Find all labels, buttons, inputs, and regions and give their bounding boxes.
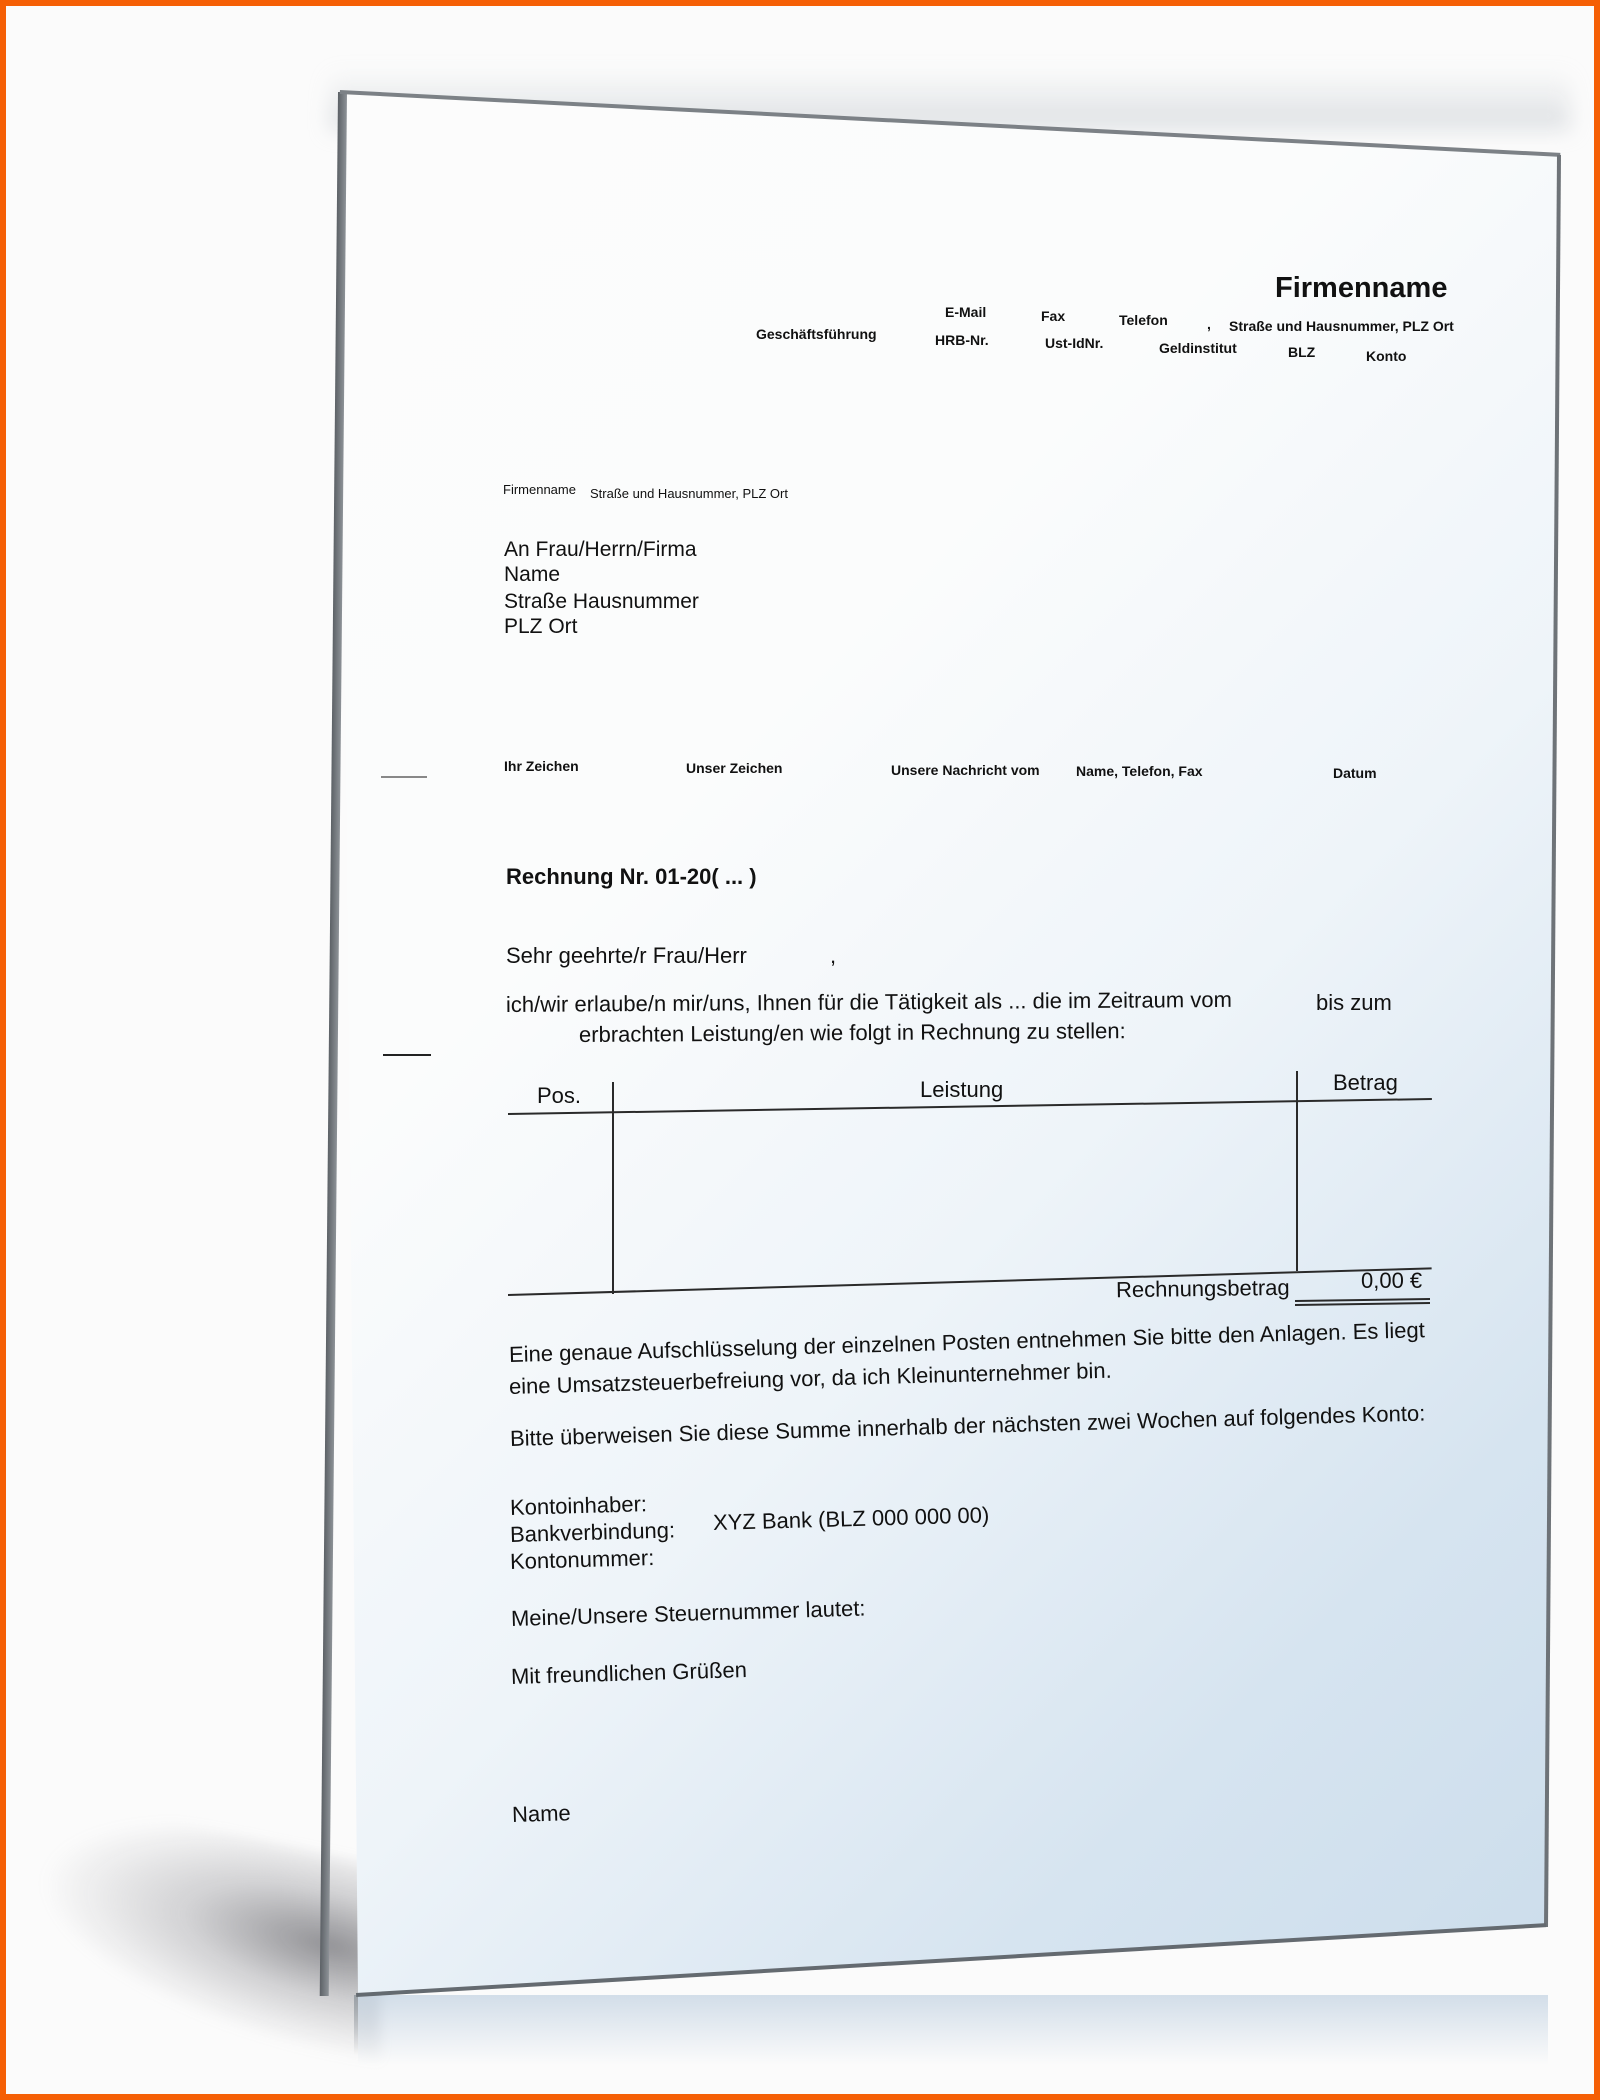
- fold-mark-top: [381, 776, 427, 778]
- account-holder-label: Kontoinhaber:: [510, 1491, 648, 1521]
- header-company-name: Firmenname: [1275, 272, 1447, 305]
- tax-number-line: Meine/Unsere Steuernummer lautet:: [511, 1595, 866, 1632]
- header-bank-institute: Geldinstitut: [1159, 340, 1237, 356]
- intro-line-1: ich/wir erlaube/n mir/uns, Ihnen für die…: [506, 987, 1232, 1018]
- header-fax: Fax: [1041, 308, 1065, 324]
- invoice-title: Rechnung Nr. 01-20( ... ): [506, 864, 757, 890]
- intro-line-2: erbrachten Leistung/en wie folgt in Rech…: [579, 1018, 1126, 1048]
- col-header-leistung: Leistung: [920, 1077, 1003, 1103]
- invoice-document-page: Firmenname E-Mail Fax Telefon , Straße u…: [0, 0, 1600, 2100]
- ref-unsere-nachricht: Unsere Nachricht vom: [891, 762, 1040, 778]
- greeting: Mit freundlichen Grüßen: [511, 1657, 748, 1690]
- signature-name: Name: [512, 1800, 571, 1828]
- ref-name-telefon-fax: Name, Telefon, Fax: [1076, 763, 1203, 779]
- page-reflection-edge: [354, 1995, 358, 2055]
- salutation: Sehr geehrte/r Frau/Herr: [506, 943, 747, 969]
- sender-address: Straße und Hausnummer, PLZ Ort: [590, 486, 788, 501]
- table-bottom-rule: [508, 1267, 1432, 1296]
- ref-ihr-zeichen: Ihr Zeichen: [504, 758, 579, 774]
- bank-label: Bankverbindung:: [510, 1517, 676, 1548]
- header-konto: Konto: [1366, 348, 1406, 364]
- header-comma: ,: [1207, 316, 1211, 332]
- payment-request: Bitte überweisen Sie diese Summe innerha…: [510, 1400, 1426, 1452]
- ref-datum: Datum: [1333, 765, 1377, 781]
- header-blz: BLZ: [1288, 344, 1315, 360]
- salutation-comma: ,: [830, 943, 836, 969]
- total-double-underline-2: [1295, 1302, 1430, 1306]
- intro-until: bis zum: [1316, 990, 1392, 1016]
- sender-company: Firmenname: [503, 482, 576, 497]
- fold-mark-middle: [383, 1054, 431, 1056]
- header-ust-id: Ust-IdNr.: [1045, 335, 1103, 351]
- header-telefon: Telefon: [1119, 312, 1168, 328]
- header-hrb: HRB-Nr.: [935, 332, 989, 348]
- recipient-line-2: Name: [504, 562, 560, 588]
- bank-value: XYZ Bank (BLZ 000 000 00): [713, 1502, 990, 1536]
- breakdown-line-1: Eine genaue Aufschlüsselung der einzelne…: [509, 1317, 1425, 1368]
- page-edge-left: [320, 92, 347, 1996]
- table-col-divider-2: [1296, 1071, 1298, 1271]
- ref-unser-zeichen: Unser Zeichen: [686, 760, 782, 776]
- col-header-betrag: Betrag: [1333, 1070, 1398, 1096]
- recipient-line-1: An Frau/Herrn/Firma: [504, 537, 697, 563]
- table-col-divider-1: [612, 1082, 614, 1294]
- header-management: Geschäftsführung: [756, 326, 877, 342]
- total-label: Rechnungsbetrag: [1116, 1275, 1290, 1303]
- header-email: E-Mail: [945, 304, 986, 320]
- account-number-label: Kontonummer:: [510, 1545, 655, 1575]
- total-value: 0,00 €: [1361, 1268, 1422, 1294]
- page-reflection: [358, 1995, 1548, 2065]
- recipient-line-4: PLZ Ort: [504, 614, 578, 640]
- recipient-line-3: Straße Hausnummer: [504, 589, 699, 615]
- col-header-pos: Pos.: [537, 1083, 581, 1109]
- header-address: Straße und Hausnummer, PLZ Ort: [1229, 318, 1454, 334]
